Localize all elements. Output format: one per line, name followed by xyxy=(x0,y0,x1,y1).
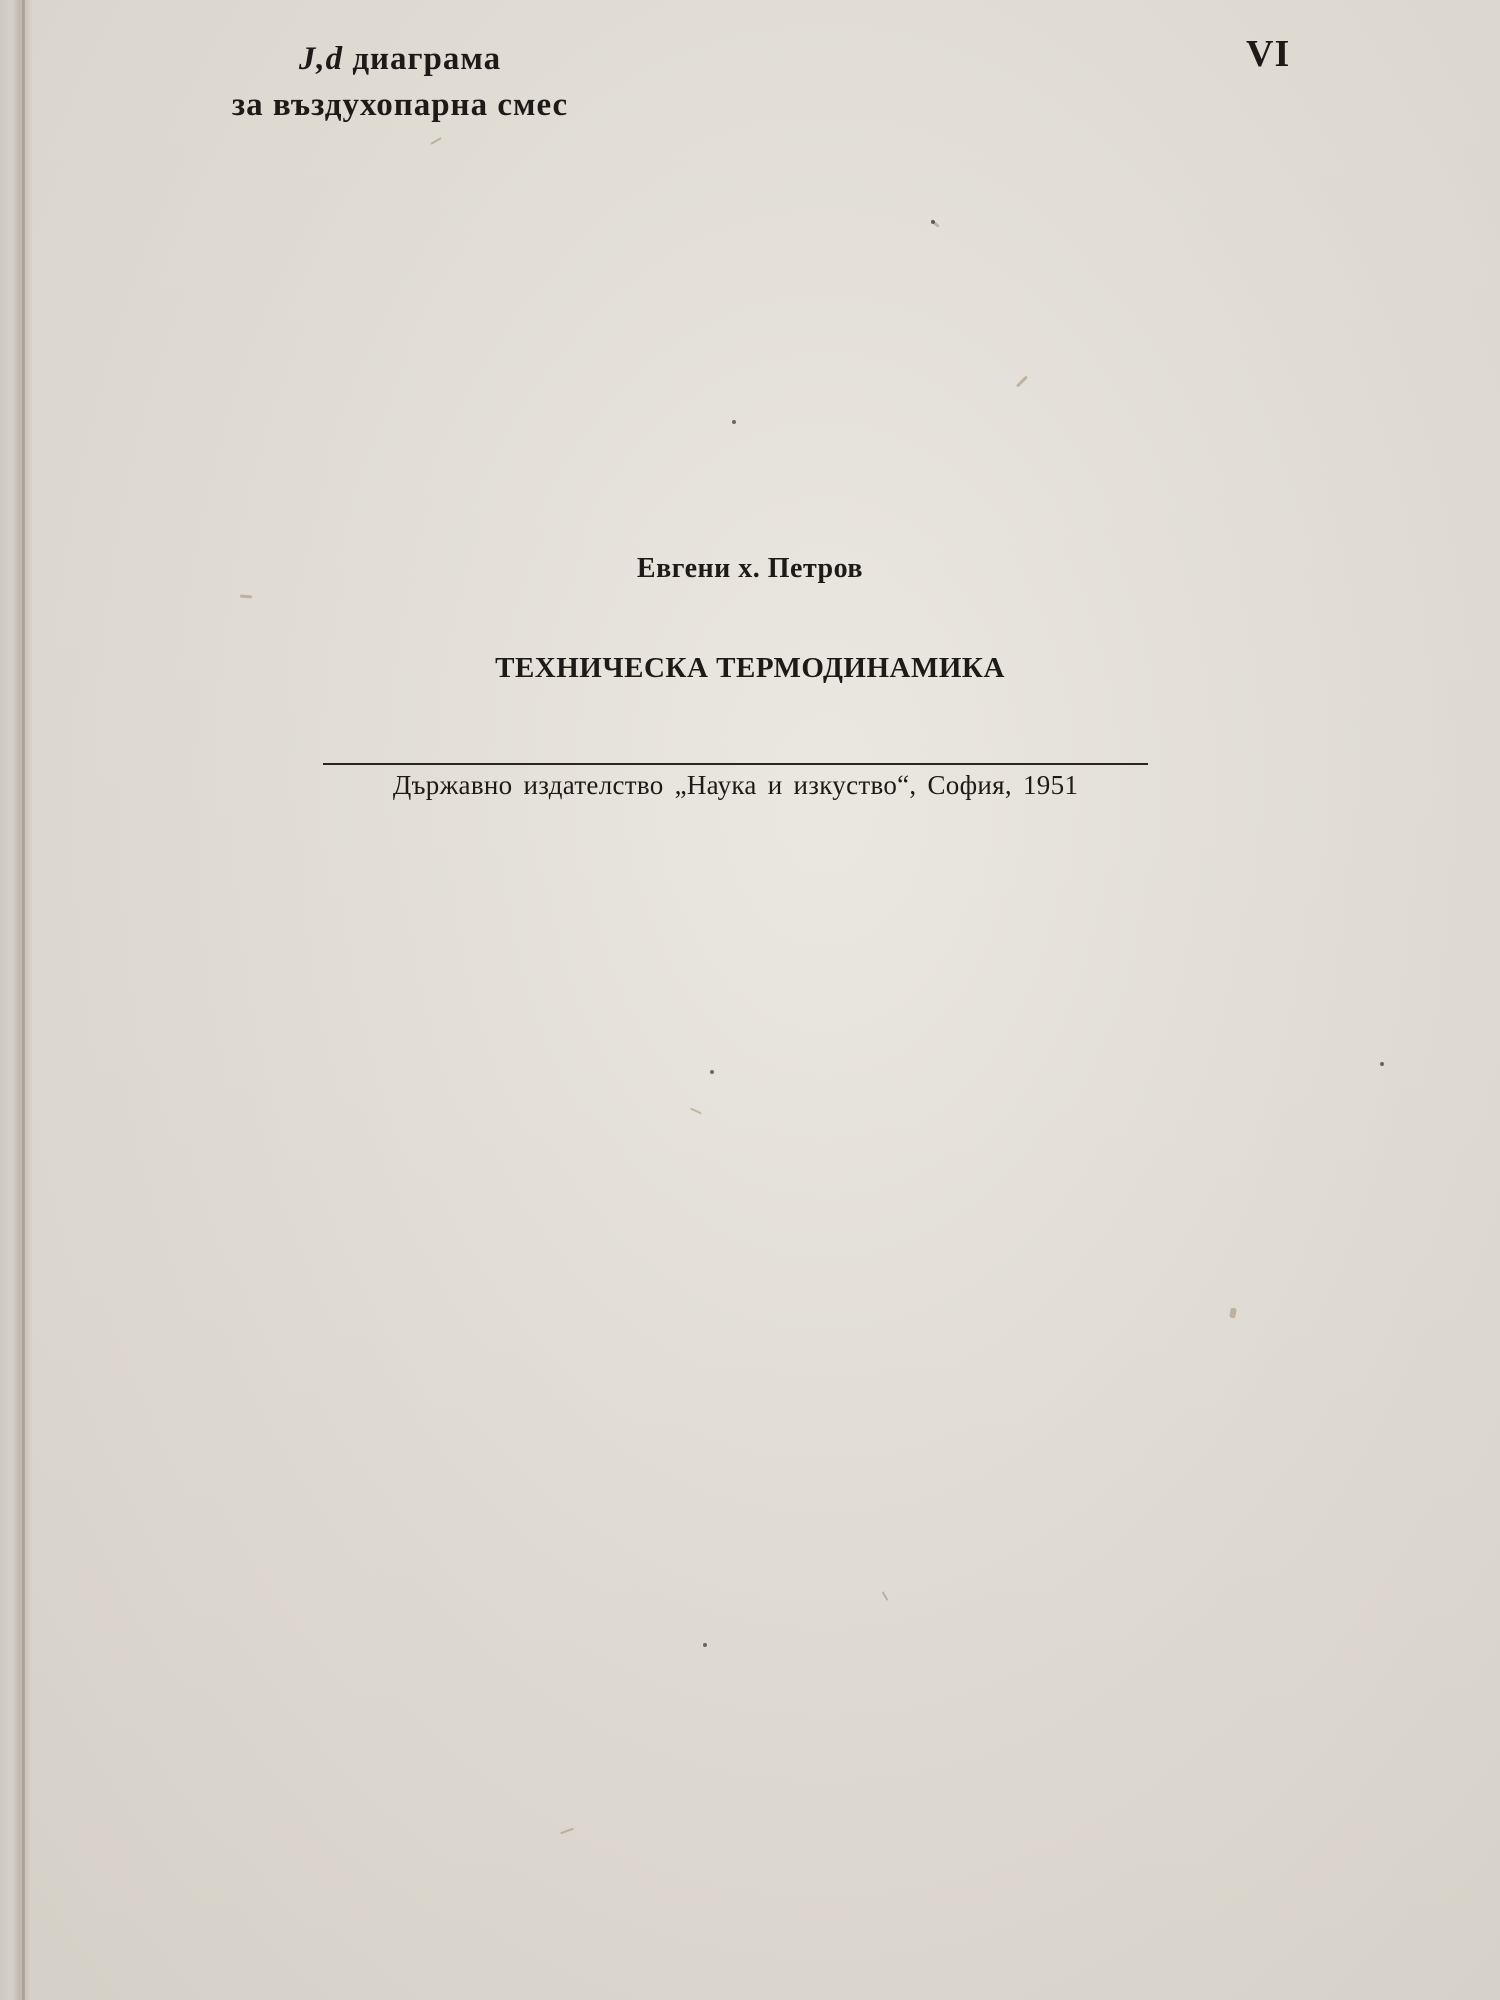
paper-speck xyxy=(1380,1062,1384,1066)
page-number: VI xyxy=(1246,32,1290,76)
paper-fleck xyxy=(882,1591,889,1601)
publisher-line: Държавно издателство „Наука и изкуство“,… xyxy=(323,770,1148,801)
diagram-symbol: J,d xyxy=(299,41,343,77)
paper-speck xyxy=(931,220,935,224)
paper-fleck xyxy=(560,1828,574,1835)
horizontal-rule xyxy=(323,763,1148,765)
diagram-word: диаграма xyxy=(352,41,501,77)
binding-fold-line xyxy=(22,0,25,2000)
paper-fleck xyxy=(430,137,441,145)
paper-fleck xyxy=(690,1108,702,1115)
paper-speck xyxy=(732,420,736,424)
author-name: Евгени х. Петров xyxy=(0,553,1500,585)
book-title: ТЕХНИЧЕСКА ТЕРМОДИНАМИКА xyxy=(0,652,1500,685)
paper-speck xyxy=(710,1070,714,1074)
scanned-page: J,d диаграма за въздухопарна смес VI Евг… xyxy=(0,0,1500,2000)
paper-speck xyxy=(703,1643,707,1647)
running-header: J,d диаграма за въздухопарна смес xyxy=(180,36,620,128)
paper-fleck xyxy=(1229,1308,1237,1319)
paper-fleck xyxy=(240,594,252,598)
binding-edge xyxy=(0,0,32,2000)
running-header-line-2: за въздухопарна смес xyxy=(180,82,620,128)
running-header-line-1: J,d диаграма xyxy=(180,36,620,82)
paper-fleck xyxy=(1016,375,1028,387)
